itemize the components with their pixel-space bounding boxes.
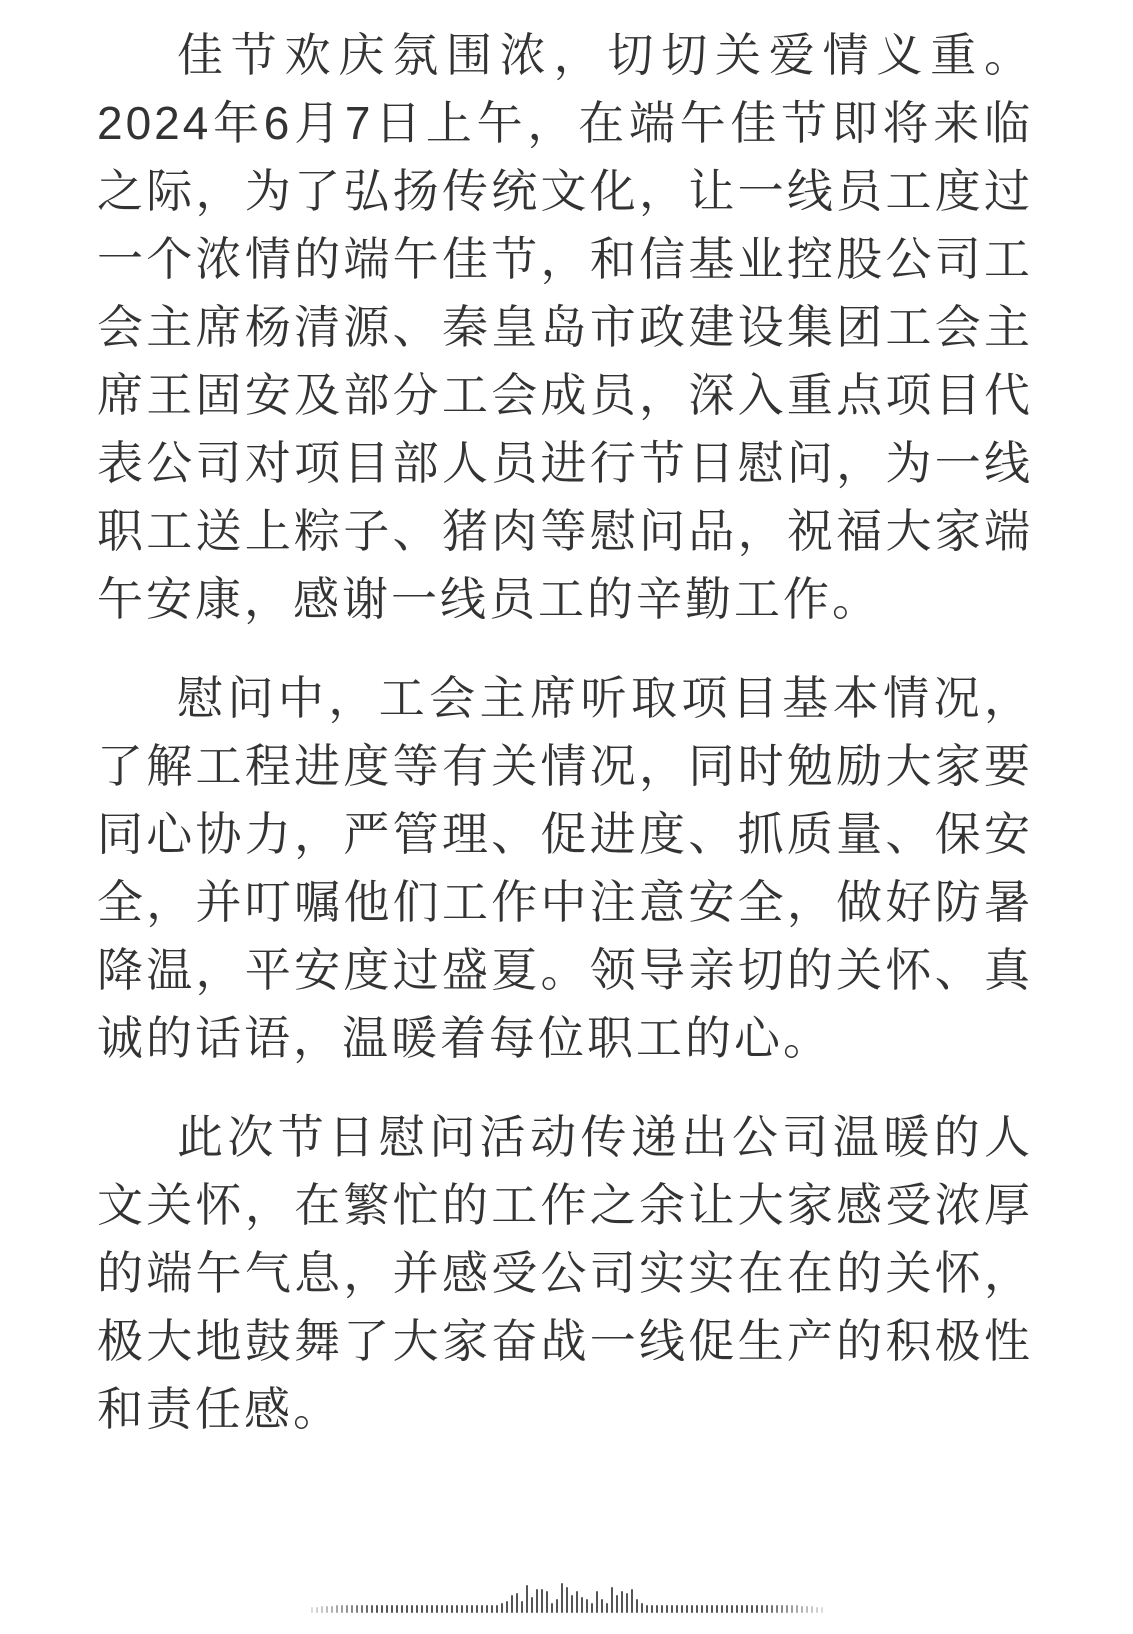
waveform-bar	[546, 1591, 548, 1613]
waveform-bar	[551, 1603, 553, 1613]
waveform-bar	[641, 1603, 643, 1613]
paragraph: 此次节日慰问活动传递出公司温暖的人文关怀，在繁忙的工作之余让大家感受浓厚的端午气…	[97, 1103, 1033, 1443]
waveform-bar	[381, 1605, 383, 1613]
waveform-bar	[526, 1585, 528, 1613]
waveform-bar	[616, 1595, 618, 1613]
waveform-bar	[446, 1605, 448, 1613]
waveform-bar	[511, 1595, 513, 1613]
text-line: 降温，平安度过盛夏。领导亲切的关怀、真	[97, 936, 1033, 1004]
waveform-bar	[326, 1606, 328, 1613]
text-line: 一个浓情的端午佳节，和信基业控股公司工	[97, 225, 1033, 293]
waveform-bar	[691, 1605, 693, 1613]
text-line: 2024年6月7日上午，在端午佳节即将来临	[97, 89, 1033, 157]
waveform-bar	[461, 1605, 463, 1613]
waveform-bar	[621, 1591, 623, 1613]
waveform-bar	[451, 1605, 453, 1613]
waveform-bar	[756, 1605, 758, 1613]
waveform-bar	[521, 1601, 523, 1613]
waveform-bar	[766, 1605, 768, 1613]
waveform-bar	[456, 1605, 458, 1613]
waveform-bar	[341, 1605, 343, 1613]
waveform-bar	[536, 1589, 538, 1613]
waveform-bar	[606, 1603, 608, 1613]
waveform-bar	[346, 1605, 348, 1613]
waveform-bar	[721, 1605, 723, 1613]
waveform-bar	[631, 1589, 633, 1613]
waveform-bar	[686, 1605, 688, 1613]
waveform-bar	[391, 1605, 393, 1613]
waveform-bar	[596, 1591, 598, 1613]
waveform-bar	[516, 1593, 518, 1613]
waveform-bar	[506, 1601, 508, 1613]
waveform-bar	[746, 1605, 748, 1613]
waveform-bar	[636, 1599, 638, 1613]
waveform-bar	[646, 1605, 648, 1613]
audio-waveform	[311, 1581, 823, 1613]
waveform-bar	[351, 1605, 353, 1613]
text-line: 之际，为了弘扬传统文化，让一线员工度过	[97, 157, 1033, 225]
text-line: 职工送上粽子、猪肉等慰问品，祝福大家端	[97, 497, 1033, 565]
waveform-bar	[431, 1605, 433, 1613]
text-line: 的端午气息，并感受公司实实在在的关怀，	[97, 1239, 1033, 1307]
waveform-bar	[571, 1595, 573, 1613]
waveform-bar	[761, 1605, 763, 1613]
text-line: 此次节日慰问活动传递出公司温暖的人	[97, 1103, 1033, 1171]
waveform-bar	[821, 1607, 823, 1613]
waveform-bar	[711, 1605, 713, 1613]
text-line: 会主席杨清源、秦皇岛市政建设集团工会主	[97, 293, 1033, 361]
waveform-bar	[331, 1606, 333, 1613]
waveform-bar	[371, 1605, 373, 1613]
waveform-bar	[591, 1603, 593, 1613]
waveform-bar	[771, 1605, 773, 1613]
waveform-bar	[401, 1605, 403, 1613]
waveform-bar	[806, 1606, 808, 1613]
waveform-bar	[396, 1605, 398, 1613]
waveform-bar	[471, 1605, 473, 1613]
waveform-bar	[781, 1605, 783, 1613]
waveform-bar	[716, 1605, 718, 1613]
waveform-bar	[661, 1605, 663, 1613]
waveform-bar	[801, 1606, 803, 1613]
waveform-bar	[581, 1597, 583, 1613]
article-page: 佳节欢庆氛围浓，切切关爱情义重。2024年6月7日上午，在端午佳节即将来临之际，…	[0, 0, 1133, 1634]
waveform-bar	[701, 1605, 703, 1613]
waveform-bar	[541, 1589, 543, 1613]
waveform-bar	[316, 1607, 318, 1613]
waveform-bar	[776, 1605, 778, 1613]
waveform-bar	[361, 1605, 363, 1613]
waveform-bar	[656, 1605, 658, 1613]
waveform-bar	[561, 1583, 563, 1613]
waveform-bar	[786, 1605, 788, 1613]
waveform-bar	[731, 1605, 733, 1613]
text-line: 佳节欢庆氛围浓，切切关爱情义重。	[97, 21, 1033, 89]
article-body: 佳节欢庆氛围浓，切切关爱情义重。2024年6月7日上午，在端午佳节即将来临之际，…	[97, 21, 1033, 1443]
waveform-bar	[441, 1605, 443, 1613]
text-line: 表公司对项目部人员进行节日慰问，为一线	[97, 429, 1033, 497]
waveform-bar	[811, 1606, 813, 1613]
waveform-bar	[416, 1605, 418, 1613]
waveform-bar	[491, 1605, 493, 1613]
waveform-bar	[311, 1607, 313, 1613]
waveform-bar	[411, 1605, 413, 1613]
text-line: 席王固安及部分工会成员，深入重点项目代	[97, 361, 1033, 429]
text-line: 慰问中，工会主席听取项目基本情况，	[97, 664, 1033, 732]
waveform-bar	[751, 1605, 753, 1613]
waveform-bar	[466, 1605, 468, 1613]
waveform-bar	[651, 1605, 653, 1613]
waveform-bar	[421, 1605, 423, 1613]
waveform-bar	[726, 1605, 728, 1613]
waveform-bar	[556, 1599, 558, 1613]
waveform-bar	[586, 1599, 588, 1613]
waveform-bar	[666, 1605, 668, 1613]
waveform-bar	[386, 1605, 388, 1613]
waveform-bar	[706, 1605, 708, 1613]
waveform-bar	[321, 1606, 323, 1613]
waveform-bar	[671, 1605, 673, 1613]
text-line: 文关怀，在繁忙的工作之余让大家感受浓厚	[97, 1171, 1033, 1239]
waveform-bar	[406, 1605, 408, 1613]
text-line: 和责任感。	[97, 1375, 1033, 1443]
waveform-bar	[531, 1597, 533, 1613]
waveform-bar	[696, 1605, 698, 1613]
waveform-bar	[576, 1591, 578, 1613]
waveform-bar	[611, 1587, 613, 1613]
text-line: 同心协力，严管理、促进度、抓质量、保安	[97, 800, 1033, 868]
text-line: 极大地鼓舞了大家奋战一线促生产的积极性	[97, 1307, 1033, 1375]
waveform-bar	[496, 1605, 498, 1613]
waveform-bar	[736, 1605, 738, 1613]
text-line: 全，并叮嘱他们工作中注意安全，做好防暑	[97, 868, 1033, 936]
text-line: 了解工程进度等有关情况，同时勉励大家要	[97, 732, 1033, 800]
waveform-bar	[436, 1605, 438, 1613]
waveform-bar	[566, 1587, 568, 1613]
waveform-bar	[356, 1605, 358, 1613]
text-line: 午安康，感谢一线员工的辛勤工作。	[97, 565, 1033, 633]
waveform-bar	[376, 1605, 378, 1613]
waveform-bar	[816, 1607, 818, 1613]
waveform-bar	[626, 1593, 628, 1613]
waveform-bar	[366, 1605, 368, 1613]
waveform-bar	[676, 1605, 678, 1613]
waveform-bar	[336, 1605, 338, 1613]
waveform-bar	[476, 1605, 478, 1613]
waveform-bar	[481, 1605, 483, 1613]
waveform-bar	[426, 1605, 428, 1613]
waveform-bar	[796, 1605, 798, 1613]
waveform-bar	[601, 1599, 603, 1613]
waveform-bar	[741, 1605, 743, 1613]
waveform-bar	[501, 1603, 503, 1613]
paragraph: 佳节欢庆氛围浓，切切关爱情义重。2024年6月7日上午，在端午佳节即将来临之际，…	[97, 21, 1033, 633]
waveform-bar	[681, 1605, 683, 1613]
waveform-bar	[486, 1605, 488, 1613]
text-line: 诚的话语，温暖着每位职工的心。	[97, 1004, 1033, 1072]
waveform-bar	[791, 1605, 793, 1613]
paragraph: 慰问中，工会主席听取项目基本情况，了解工程进度等有关情况，同时勉励大家要同心协力…	[97, 664, 1033, 1072]
